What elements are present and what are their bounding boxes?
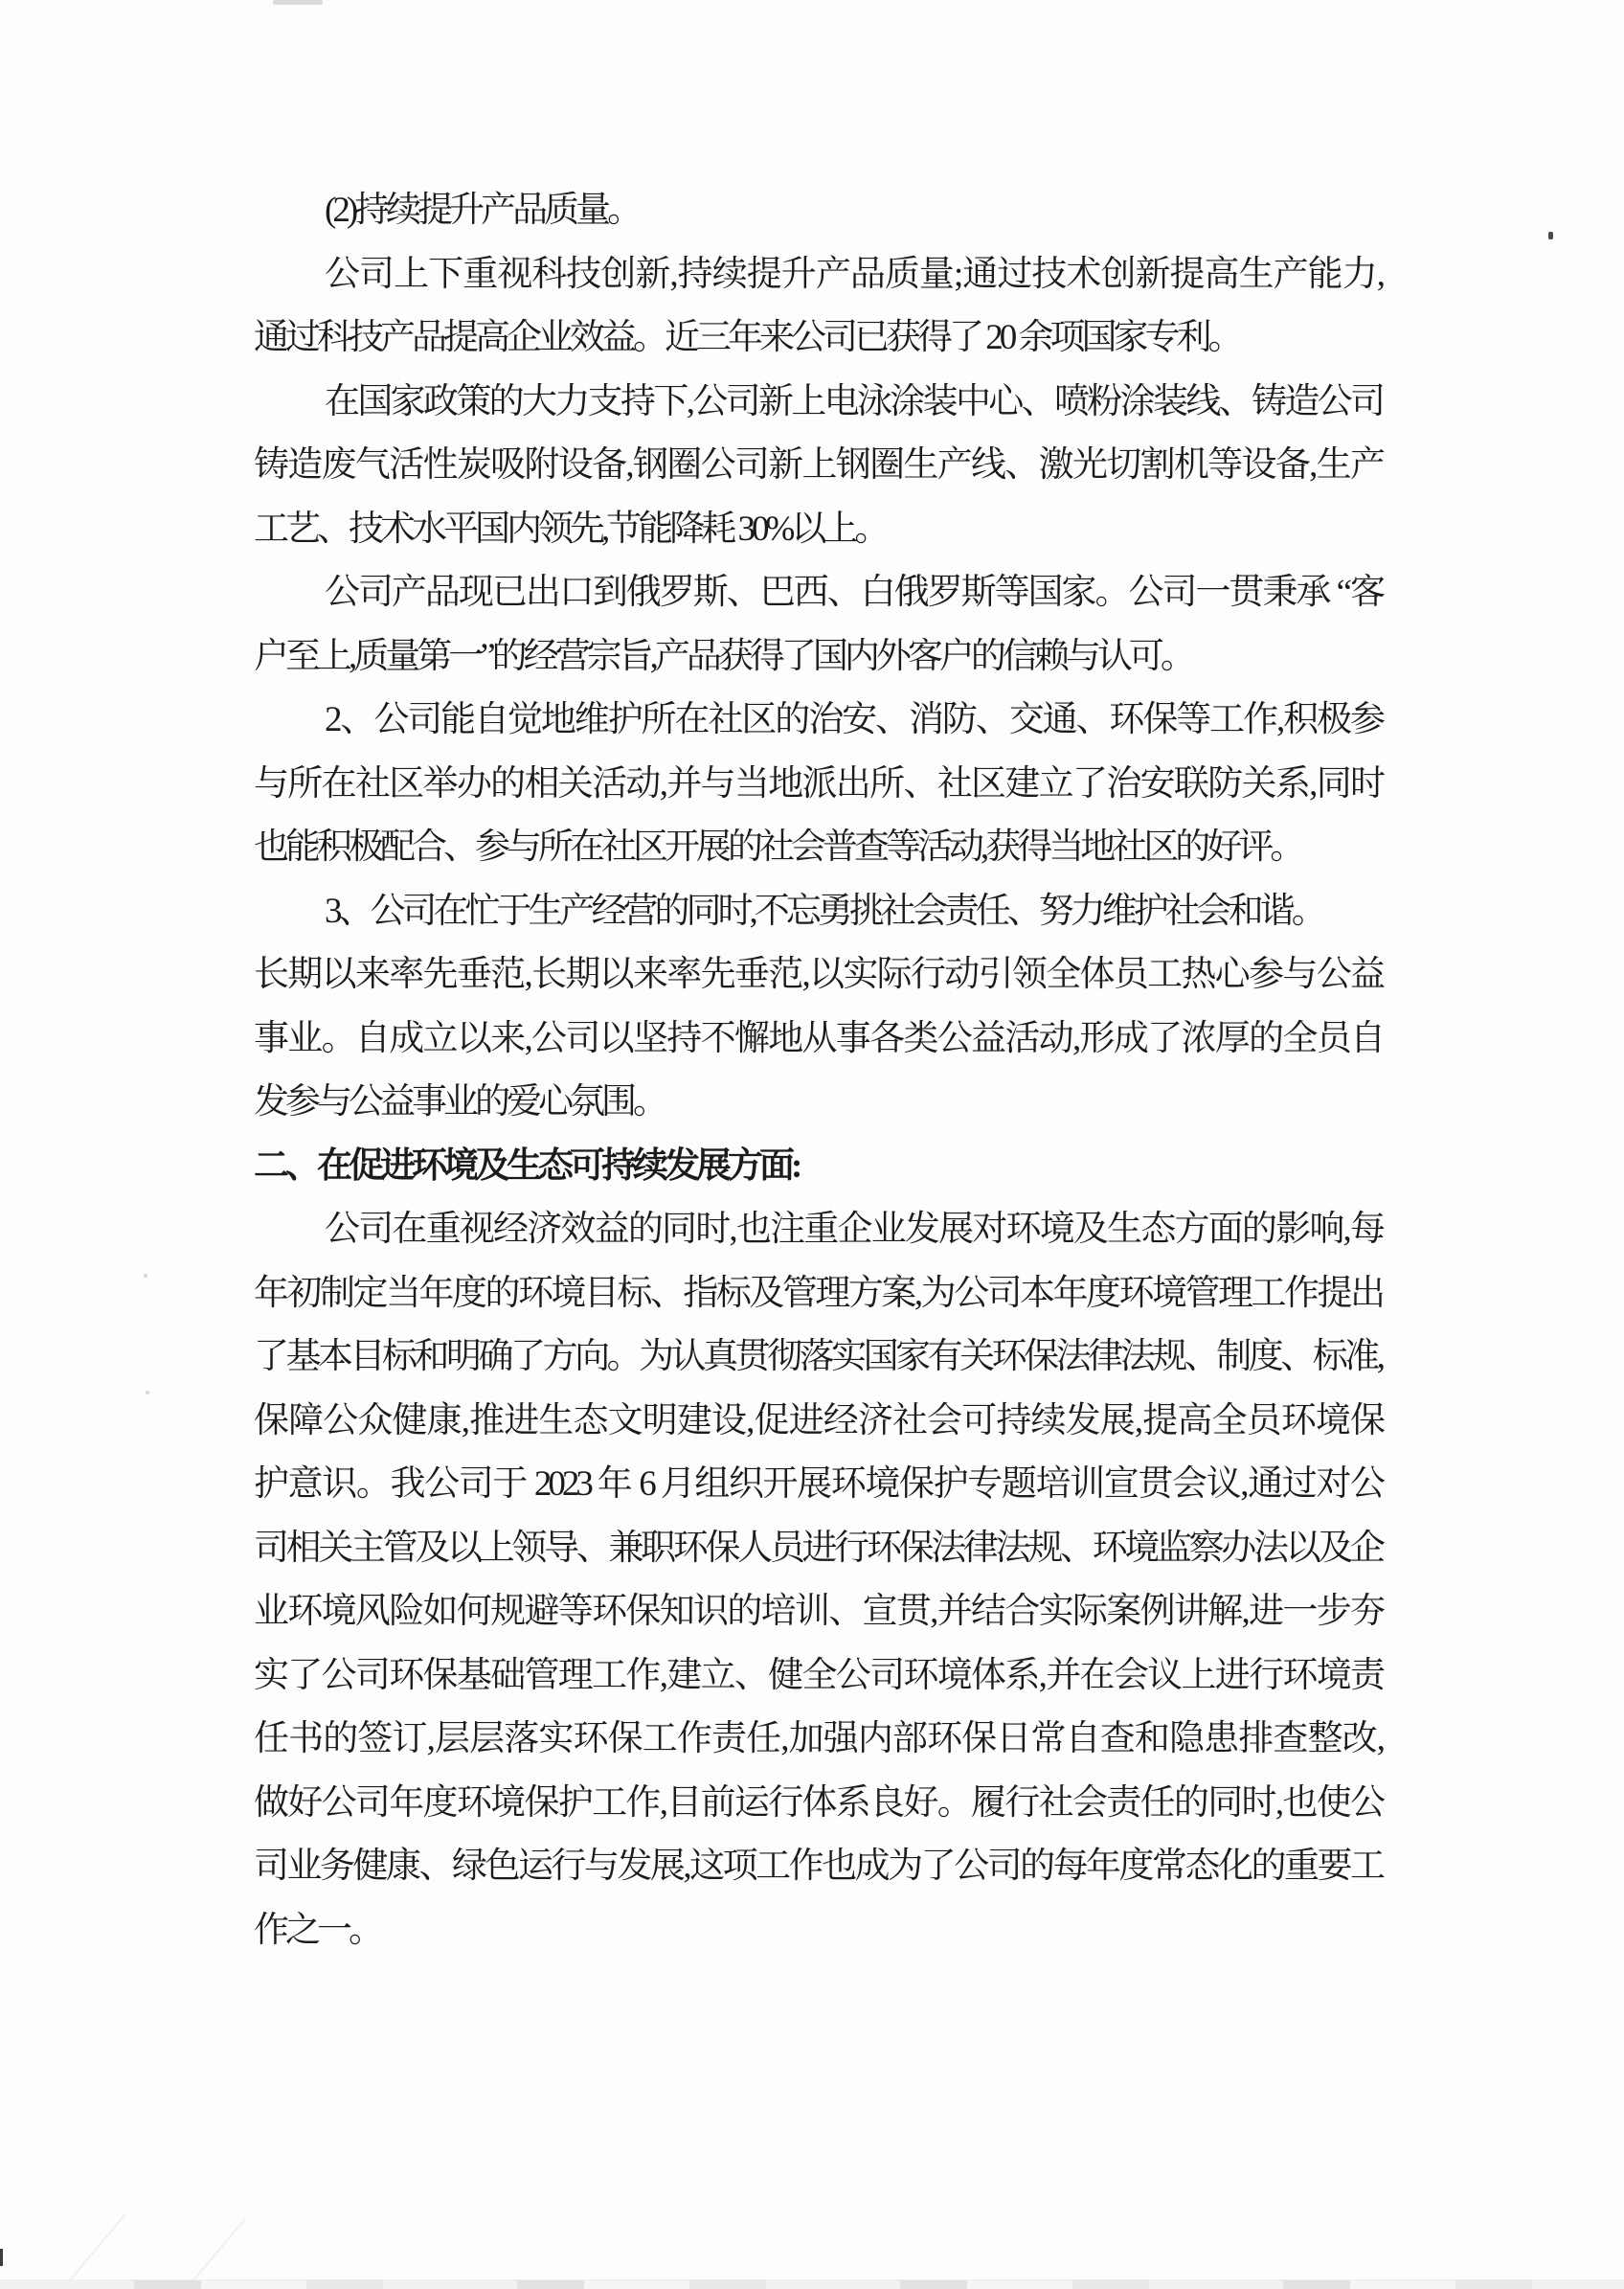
document-text-block: (2)持续提升产品质量。公司上下重视科技创新,持续提升产品质量;通过技术创新提高… <box>254 179 1382 1962</box>
text-line: 公司上下重视科技创新,持续提升产品质量;通过技术创新提高生产能力, <box>254 243 1382 307</box>
text-line: 与所在社区举办的相关活动,并与当地派出所、社区建立了治安联防关系,同时 <box>254 753 1382 817</box>
text-line: 事业。自成立以来,公司以坚持不懈地从事各类公益活动,形成了浓厚的全员自 <box>254 1008 1382 1072</box>
text-line: 保障公众健康,推进生态文明建设,促进经济社会可持续发展,提高全员环境保 <box>254 1390 1382 1454</box>
text-line: 3、公司在忙于生产经营的同时,不忘勇挑社会责任、努力维护社会和谐。 <box>254 880 1382 944</box>
text-line: 2、公司能自觉地维护所在社区的治安、消防、交通、环保等工作,积极参 <box>254 689 1382 753</box>
text-line: 护意识。我公司于 2023 年 6 月组织开展环境保护专题培训宣贯会议,通过对公 <box>254 1453 1382 1517</box>
text-line: 实了公司环保基础管理工作,建立、健全公司环境体系,并在会议上进行环境责 <box>254 1644 1382 1709</box>
scan-edge-mark <box>0 2249 3 2266</box>
scan-streak <box>187 2217 247 2288</box>
scan-noise-dot <box>146 1391 149 1394</box>
text-line: 了基本目标和明确了方向。为认真贯彻落实国家有关环保法律法规、制度、标准, <box>254 1326 1382 1390</box>
text-line: 司相关主管及以上领导、兼职环保人员进行环保法律法规、环境监察办法以及企 <box>254 1517 1382 1581</box>
text-line: 工艺、技术水平国内领先,节能降耗 30%以上。 <box>254 498 1382 562</box>
text-line: 司业务健康、绿色运行与发展,这项工作也成为了公司的每年度常态化的重要工 <box>254 1835 1382 1899</box>
scan-noise-dot <box>144 1274 147 1278</box>
text-line: 也能积极配合、参与所在社区开展的社会普查等活动,获得当地社区的好评。 <box>254 816 1382 880</box>
text-line: 公司产品现已出口到俄罗斯、巴西、白俄罗斯等国家。公司一贯秉承 “客 <box>254 561 1382 625</box>
document-page: (2)持续提升产品质量。公司上下重视科技创新,持续提升产品质量;通过技术创新提高… <box>0 0 1624 2289</box>
text-line: 户至上,质量第一”的经营宗旨,产品获得了国内外客户的信赖与认可。 <box>254 625 1382 690</box>
text-line: 任书的签订,层层落实环保工作责任,加强内部环保日常自查和隐患排查整改, <box>254 1708 1382 1772</box>
text-line: 公司在重视经济效益的同时,也注重企业发展对环境及生态方面的影响,每 <box>254 1198 1382 1262</box>
scan-streak <box>67 2212 127 2283</box>
text-line: 发参与公益事业的爱心氛围。 <box>254 1071 1382 1135</box>
text-line: 做好公司年度环境保护工作,目前运行体系良好。履行社会责任的同时,也使公 <box>254 1772 1382 1836</box>
scan-speck-top <box>273 0 323 5</box>
text-line: 业环境风险如何规避等环保知识的培训、宣贯,并结合实际案例讲解,进一步夯 <box>254 1580 1382 1644</box>
text-line: 长期以来率先垂范,长期以来率先垂范,以实际行动引领全体员工热心参与公益 <box>254 943 1382 1008</box>
text-line: 年初制定当年度的环境目标、指标及管理方案,为公司本年度环境管理工作提出 <box>254 1262 1382 1326</box>
text-line: 在国家政策的大力支持下,公司新上电泳涂装中心、喷粉涂装线、铸造公司 <box>254 371 1382 435</box>
scanner-edge-bar <box>0 2279 1624 2289</box>
text-line: 铸造废气活性炭吸附设备,钢圈公司新上钢圈生产线、激光切割机等设备,生产 <box>254 434 1382 498</box>
text-line: 二、在促进环境及生态可持续发展方面: <box>254 1135 1382 1199</box>
text-line: 通过科技产品提高企业效益。近三年来公司已获得了 20 余项国家专利。 <box>254 306 1382 371</box>
scan-stray-dot <box>1548 232 1553 239</box>
text-line: 作之一。 <box>254 1899 1382 1963</box>
text-line: (2)持续提升产品质量。 <box>254 179 1382 243</box>
